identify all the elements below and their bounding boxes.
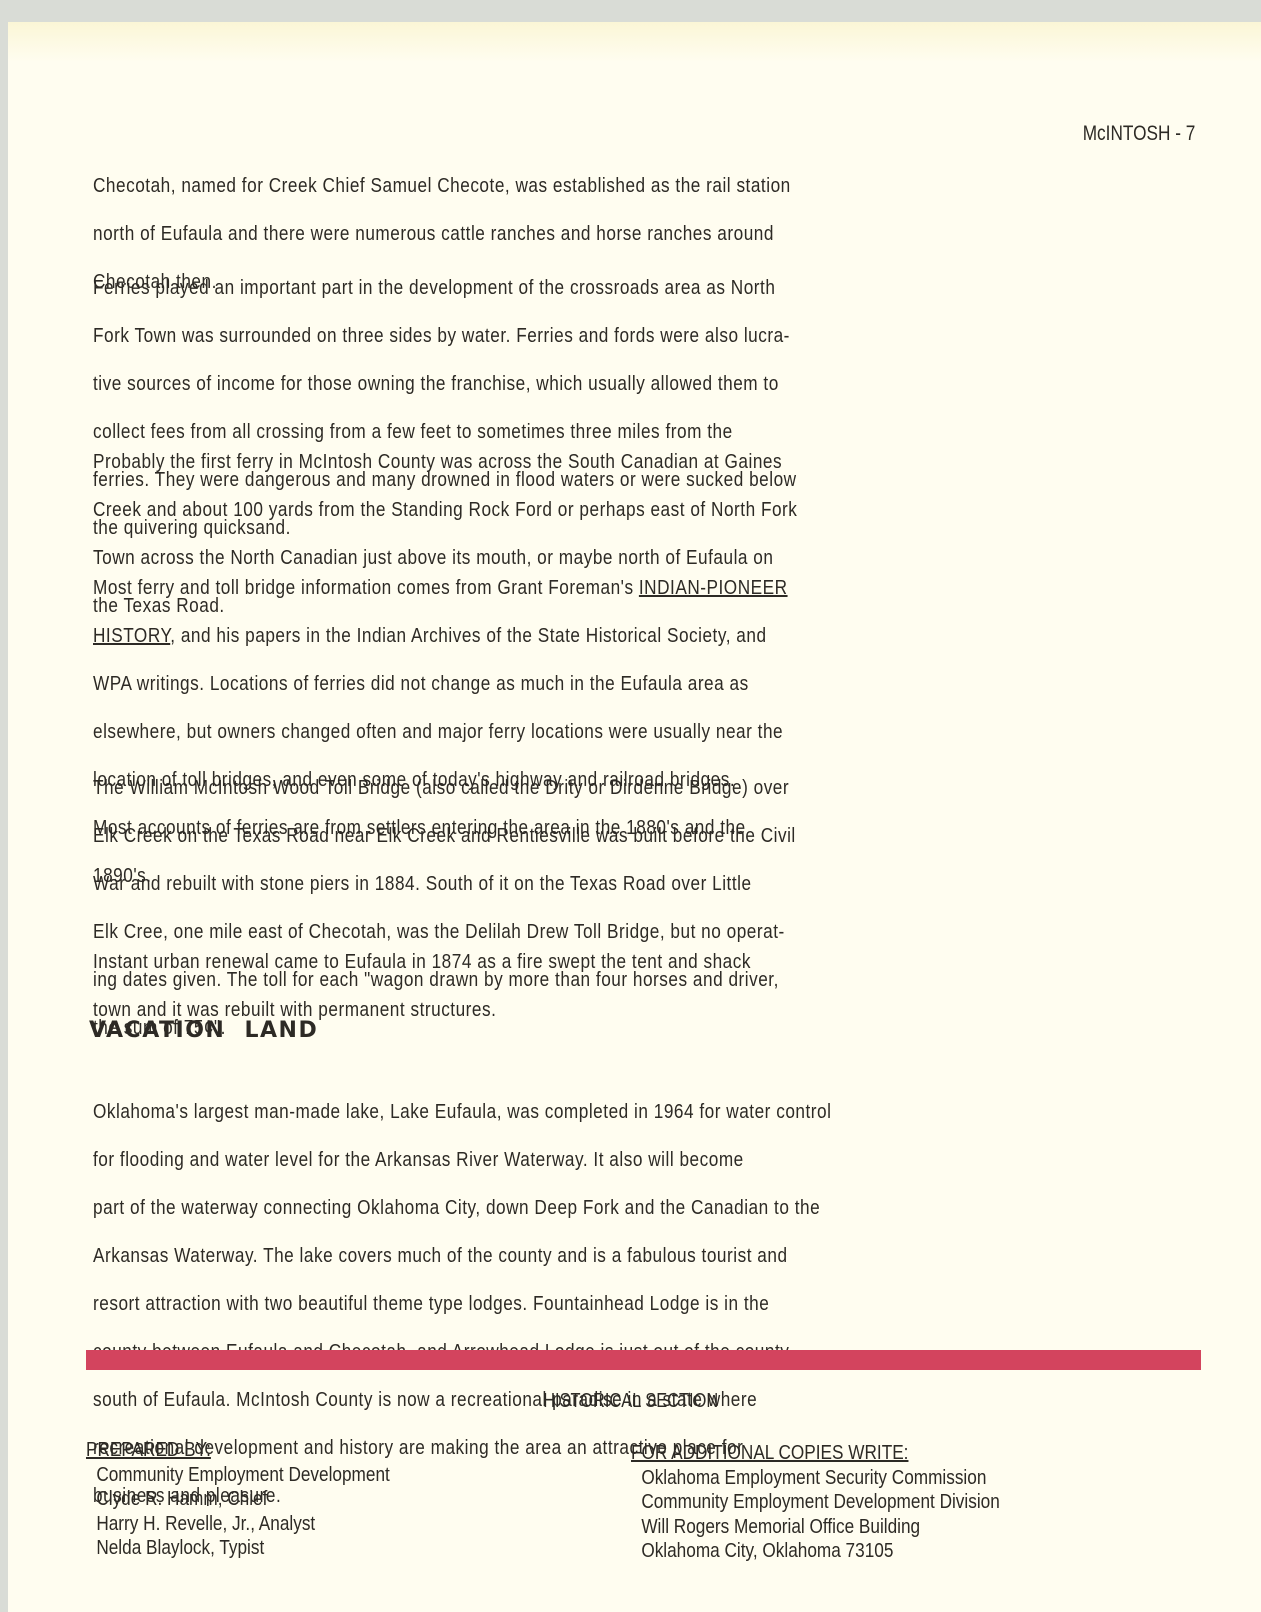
para-line: tive sources of income for those owning …	[93, 373, 779, 395]
para-line: , and his papers in the Indian Archives …	[170, 625, 766, 647]
footer-label: HISTORICAL SECTION	[0, 1390, 1261, 1413]
para-line: Probably the first ferry in McIntosh Cou…	[93, 451, 782, 473]
additional-copies-heading: FOR ADDITIONAL COPIES WRITE:	[631, 1441, 1000, 1466]
credit-line: Harry H. Revelle, Jr., Analyst	[96, 1512, 389, 1537]
para-line: Checotah, named for Creek Chief Samuel C…	[93, 175, 791, 197]
para-line: part of the waterway connecting Oklahoma…	[93, 1197, 820, 1219]
para-line: for flooding and water level for the Ark…	[93, 1149, 744, 1171]
credit-line: Clyde R. Hamm, Chief	[96, 1487, 389, 1512]
para-line: WPA writings. Locations of ferries did n…	[93, 673, 749, 695]
prepared-by-heading: PREPARED BY:	[86, 1438, 390, 1463]
credit-line: Community Employment Development	[96, 1463, 389, 1488]
book-title: HISTORY	[93, 625, 170, 647]
para-line: north of Eufaula and there were numerous…	[93, 223, 774, 245]
para-line: Fork Town was surrounded on three sides …	[93, 325, 790, 347]
para-line: Oklahoma's largest man-made lake, Lake E…	[93, 1101, 831, 1123]
para-line: Arkansas Waterway. The lake covers much …	[93, 1245, 788, 1267]
address-line: Will Rogers Memorial Office Building	[641, 1515, 999, 1540]
address-line: Oklahoma Employment Security Commission	[641, 1466, 999, 1491]
para-line: Elk Creek on the Texas Road near Elk Cre…	[93, 825, 796, 847]
footer-divider-bar	[86, 1350, 1201, 1370]
para-line: resort attraction with two beautiful the…	[93, 1293, 769, 1315]
para-line: elsewhere, but owners changed often and …	[93, 721, 783, 743]
para-line: Ferries played an important part in the …	[93, 277, 775, 299]
additional-copies-block: FOR ADDITIONAL COPIES WRITE: Oklahoma Em…	[631, 1441, 1000, 1564]
para-line: Instant urban renewal came to Eufaula in…	[93, 951, 751, 973]
prepared-by-block: PREPARED BY: Community Employment Develo…	[86, 1438, 390, 1561]
book-title: INDIAN-PIONEER	[639, 577, 788, 599]
para-line: Creek and about 100 yards from the Stand…	[93, 499, 797, 521]
section-heading: VACATION LAND	[89, 1018, 318, 1043]
para-line: Most ferry and toll bridge information c…	[93, 577, 639, 599]
address-line: Oklahoma City, Oklahoma 73105	[641, 1539, 999, 1564]
para-line: War and rebuilt with stone piers in 1884…	[93, 873, 752, 895]
para-line: The William McIntosh Wood Toll Bridge (a…	[93, 777, 789, 799]
page-header: McINTOSH - 7	[1082, 122, 1195, 146]
paragraph-urban-renewal: Instant urban renewal came to Eufaula in…	[93, 926, 1159, 1022]
historical-section-label: HISTORICAL SECTION	[543, 1390, 718, 1413]
address-line: Community Employment Development Divisio…	[641, 1490, 999, 1515]
credit-line: Nelda Blaylock, Typist	[96, 1536, 389, 1561]
